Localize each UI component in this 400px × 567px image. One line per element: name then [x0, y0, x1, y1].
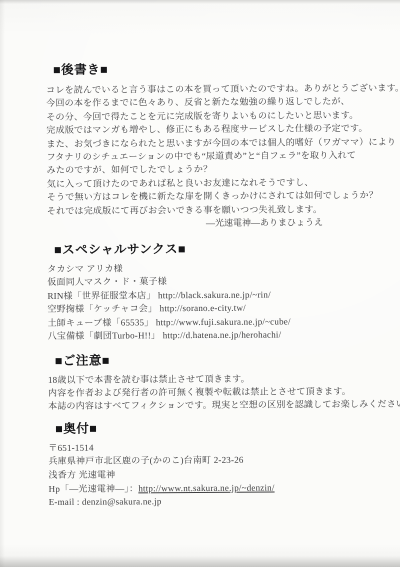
text-line: そうで無い方はコレを機に新たな扉を開くきっかけにされては如何でしょうか？: [47, 189, 383, 204]
text-line: フタナリのシチュエーションの中でも“尿道責め”と“自フェラ”を取り入れて: [47, 149, 383, 164]
caution-line: 本誌の内容はすべてフィクションです。現実と空想の区別を認識してお楽しみください。: [48, 398, 384, 413]
afterword-paragraph: コレを読んでいると言う事はこの本を買って頂いたのですね。ありがとうございます。 …: [0, 82, 400, 219]
email-label: E-mail :: [49, 497, 82, 507]
afterword-heading: ■後書き■: [0, 61, 400, 77]
email-line: E-mail : denzin@sakura.ne.jp: [49, 494, 385, 510]
colophon-section: ■奥付■ 〒651-1514 兵庫県神戸市北区鹿の子(かのこ)台南町 2-23-…: [2, 419, 400, 509]
special-thanks-heading: ■スペシャルサンクス■: [1, 241, 400, 257]
caution-notes: 18歳以下で本書を読む事は禁止させて頂きます。 内容を作者および発行者の許可無く…: [2, 371, 400, 414]
homepage-label: Hp「―光速電神―」：: [49, 483, 139, 494]
homepage-url: http://www.nt.sakura.ne.jp/~denzin/: [138, 482, 274, 493]
author-signature: ―光速電神―ありまひょうえ: [1, 216, 400, 231]
thanks-entry: 八宝備様「劇団Turbo-H!!」 http://d.hatena.ne.jp/…: [48, 328, 384, 343]
special-thanks-section: ■スペシャルサンクス■ タカシマ アリカ様 仮面同人マスク・ド・菓子様 RIN様…: [1, 241, 400, 344]
scan-edge-bottom: [0, 556, 400, 567]
page-content: ■後書き■ コレを読んでいると言う事はこの本を買って頂いたのですね。ありがとうご…: [0, 61, 400, 510]
afterword-section: ■後書き■ コレを読んでいると言う事はこの本を買って頂いたのですね。ありがとうご…: [0, 61, 400, 232]
scan-edge-top: [0, 0, 400, 4]
special-thanks-list: タカシマ アリカ様 仮面同人マスク・ド・菓子様 RIN様「世界征服堂本店」 ht…: [1, 261, 400, 344]
caution-heading: ■ご注意■: [2, 351, 400, 367]
email-address: denzin@sakura.ne.jp: [82, 496, 162, 506]
scanned-page: ■後書き■ コレを読んでいると言う事はこの本を買って頂いたのですね。ありがとうご…: [0, 0, 400, 567]
colophon-block: 〒651-1514 兵庫県神戸市北区鹿の子(かのこ)台南町 2-23-26 浅香…: [2, 439, 400, 509]
colophon-heading: ■奥付■: [2, 419, 400, 435]
caution-section: ■ご注意■ 18歳以下で本書を読む事は禁止させて頂きます。 内容を作者および発行…: [2, 351, 400, 414]
